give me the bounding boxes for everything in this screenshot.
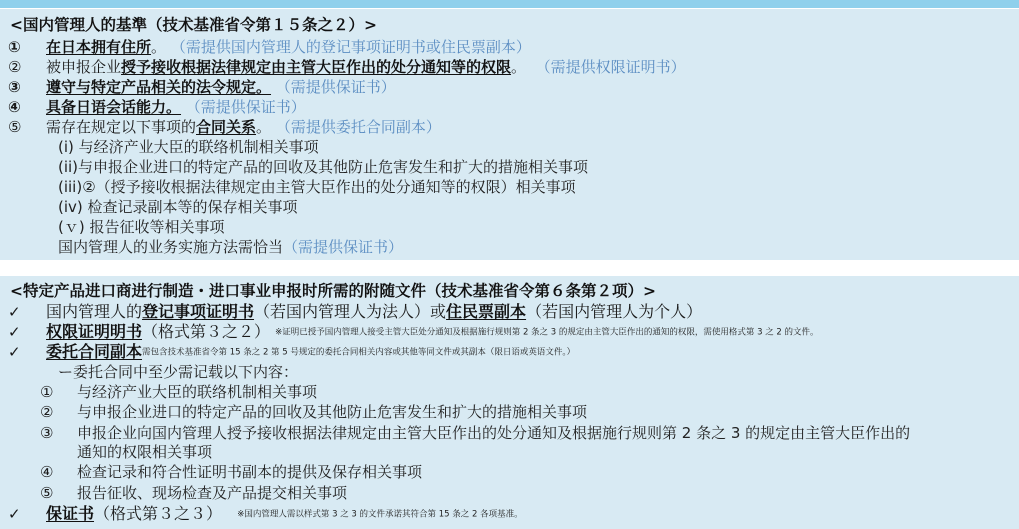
doc-footnote: 需包含技术基准省令第 15 条之 2 第 5 号规定的委托合同相关内容或其他等同…	[142, 348, 575, 358]
contract-item-marker: ④	[40, 463, 53, 481]
required-document-note: （需提供权限证明书）	[536, 58, 686, 76]
doc-title: 委托合同副本	[46, 342, 142, 361]
contract-sub-item-1: (i) 与经济产业大臣的联络机制相关事项	[58, 138, 319, 156]
top-color-strip	[0, 0, 1019, 8]
item-marker: ④	[8, 98, 21, 116]
contract-sub-item-2: (ii)与申报企业进口的特定产品的回收及其他防止危害发生和扩大的措施相关事项	[58, 158, 588, 176]
section2-heading: <特定产品进口商进行制造・进口事业申报时所需的附随文件（技术基准省令第６条第２项…	[10, 282, 656, 300]
check-icon: ✓	[8, 343, 21, 361]
item-key-text: 具备日语会话能力。	[46, 98, 181, 116]
contract-item-4: 检查记录和符合性证明书副本的提供及保存相关事项	[77, 463, 422, 481]
item-key-text: 授予接收根据法律规定由主管大臣作出的处分通知等的权限	[121, 58, 511, 76]
check-icon: ✓	[8, 323, 21, 341]
check-icon: ✓	[8, 303, 21, 321]
doc-title: 保证书	[46, 504, 94, 523]
item-suffix: 。	[256, 118, 271, 136]
contract-item-1: 与经济产业大臣的联络机制相关事项	[77, 383, 317, 401]
item-key-text: 遵守与特定产品相关的法令规定。	[46, 78, 271, 96]
doc-contract-copy: 委托合同副本需包含技术基准省令第 15 条之 2 第 5 号规定的委托合同相关内…	[46, 343, 575, 362]
contract-item-3-cont: 通知的权限相关事项	[77, 443, 212, 461]
criteria-item-4: 具备日语会话能力。 （需提供保证书）	[46, 98, 306, 116]
contract-sub-item-4: (ⅰv) 检查记录副本等的保存相关事项	[58, 198, 298, 216]
contract-item-5: 报告征收、现场检查及产品提交相关事项	[77, 484, 347, 502]
criteria-item-5: 需存在规定以下事项的合同关系。 （需提供委托合同副本）	[46, 118, 441, 136]
item-marker: ③	[8, 78, 21, 96]
item-prefix: 被申报企业	[46, 58, 121, 76]
required-document-note: （需提供保证书）	[283, 238, 403, 256]
doc-format: （格式第３之２）	[142, 322, 270, 341]
doc-authority-certificate: 权限证明明书（格式第３之２） ※证明已授予国内管理人接受主管大臣处分通知及根据施…	[46, 323, 819, 342]
doc-text: （若国内管理人为法人）或	[254, 302, 446, 321]
check-icon: ✓	[8, 505, 21, 523]
doc-format: （格式第３之３）	[94, 504, 222, 523]
criteria-item-2: 被申报企业授予接收根据法律规定由主管大臣作出的处分通知等的权限。 （需提供权限证…	[46, 58, 686, 76]
doc-footnote: ※证明已授予国内管理人接受主管大臣处分通知及根据施行规则第 2 条之 3 的规定…	[275, 328, 818, 338]
criteria-item-3: 遵守与特定产品相关的法令规定。 （需提供保证书）	[46, 78, 396, 96]
business-method-text: 国内管理人的业务实施方法需恰当	[58, 238, 283, 256]
contract-item-marker: ②	[40, 403, 53, 421]
contract-item-marker: ③	[40, 424, 53, 442]
doc-guarantee: 保证书（格式第３之３） ※国内管理人需以样式第 3 之 3 的文件承诺其符合第 …	[46, 505, 523, 524]
required-document-note: （需提供委托合同副本）	[276, 118, 441, 136]
item-key-text: 在日本拥有住所	[46, 38, 151, 56]
business-method-line: 国内管理人的业务实施方法需恰当（需提供保证书）	[58, 238, 403, 256]
domestic-manager-criteria-panel: <国内管理人的基準（技术基准省令第１５条之２）> ① 在日本拥有住所。 （需提供…	[0, 9, 1019, 260]
item-suffix: 。	[151, 38, 166, 56]
doc-title-registration-certificate: 登记事项证明书	[142, 302, 254, 321]
item-suffix: 。	[511, 58, 526, 76]
contract-item-marker: ⑤	[40, 484, 53, 502]
item-key-text: 合同关系	[196, 118, 256, 136]
contract-item-2: 与申报企业进口的特定产品的回收及其他防止危害发生和扩大的措施相关事项	[77, 403, 587, 421]
item-prefix: 需存在规定以下事项的	[46, 118, 196, 136]
contract-sub-item-5: (ｖ) 报告征收等相关事项	[58, 218, 224, 236]
doc-text: （若国内管理人为个人）	[526, 302, 702, 321]
required-document-note: （需提供保证书）	[276, 78, 396, 96]
contract-item-marker: ①	[40, 383, 53, 401]
item-marker: ⑤	[8, 118, 21, 136]
doc-title-residence-copy: 住民票副本	[446, 302, 526, 321]
contract-sub-item-3: (iii)②（授予接收根据法律规定由主管大臣作出的处分通知等的权限）相关事项	[58, 178, 576, 196]
criteria-item-1: 在日本拥有住所。 （需提供国内管理人的登记事项证明书或住民票副本）	[46, 38, 531, 56]
item-marker: ①	[8, 38, 21, 56]
required-document-note: （需提供保证书）	[186, 98, 306, 116]
doc-registration-or-residence: 国内管理人的登记事项证明书（若国内管理人为法人）或住民票副本（若国内管理人为个人…	[46, 303, 702, 321]
doc-text: 国内管理人的	[46, 302, 142, 321]
required-document-note: （需提供国内管理人的登记事项证明书或住民票副本）	[171, 38, 531, 56]
section1-heading: <国内管理人的基準（技术基准省令第１５条之２）>	[10, 16, 377, 34]
item-marker: ②	[8, 58, 21, 76]
contract-intro: ー委托合同中至少需记载以下内容：	[58, 363, 298, 381]
contract-item-3: 申报企业向国内管理人授予接收根据法律规定由主管大臣作出的处分通知及根据施行规则第…	[77, 424, 910, 442]
doc-title: 权限证明明书	[46, 322, 142, 341]
attached-documents-panel: <特定产品进口商进行制造・进口事业申报时所需的附随文件（技术基准省令第６条第２项…	[0, 276, 1019, 529]
doc-footnote: ※国内管理人需以样式第 3 之 3 的文件承诺其符合第 15 条之 2 各项基准…	[237, 510, 522, 520]
